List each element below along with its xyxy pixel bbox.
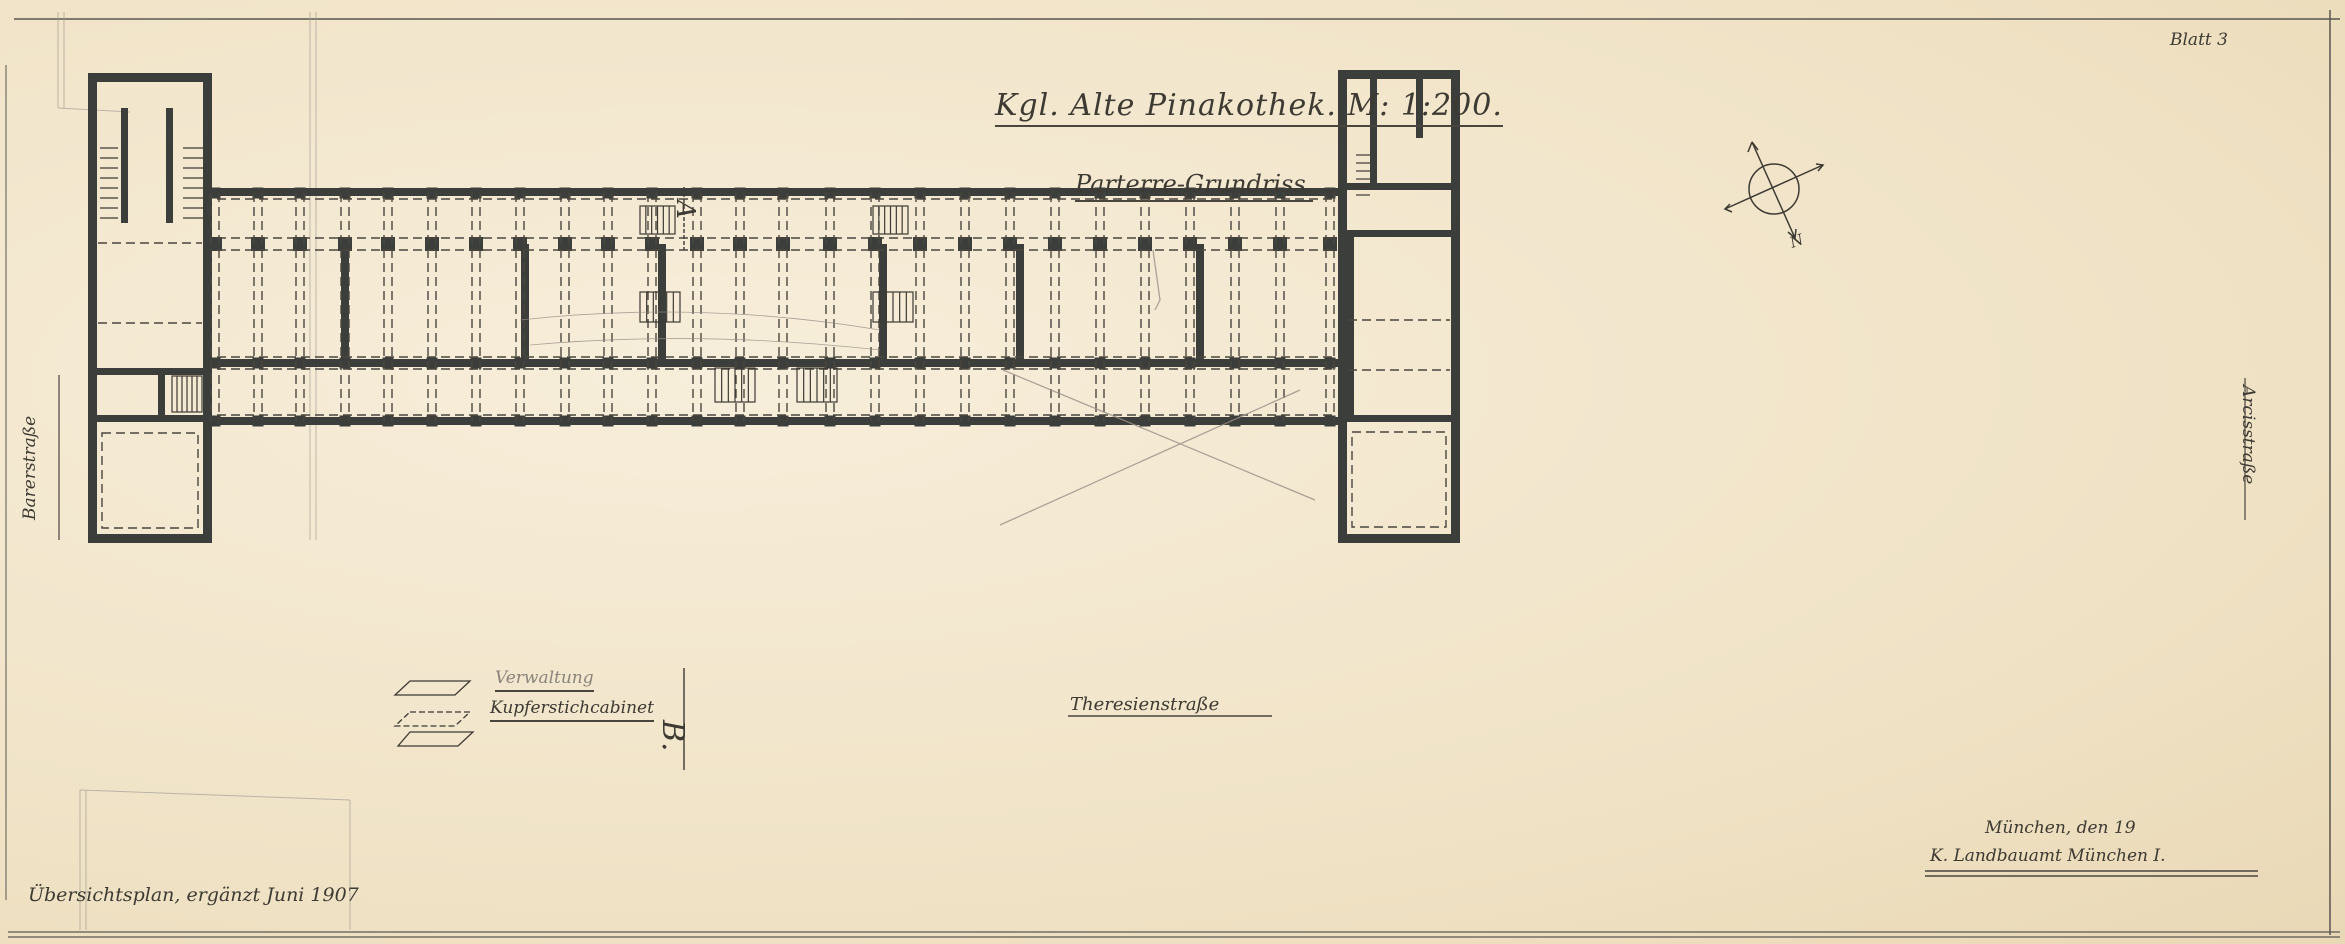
revision-note: Übersichtsplan, ergänzt Juni 1907 bbox=[28, 884, 359, 906]
legend-label-administration: Verwaltung bbox=[495, 668, 594, 692]
underlines bbox=[32, 375, 2260, 876]
section-marker-b: B. bbox=[655, 720, 690, 752]
sheet-border bbox=[6, 10, 2340, 937]
plan-sheet: Blatt 3 Kgl. Alte Pinakothek. M: 1:200. … bbox=[0, 0, 2345, 944]
street-label-left: Barerstraße bbox=[20, 416, 40, 520]
section-marker-a: A bbox=[670, 200, 700, 219]
pencil-marks bbox=[520, 250, 1315, 525]
floor-plan bbox=[88, 70, 1460, 543]
plan-title: Kgl. Alte Pinakothek. M: 1:200. bbox=[995, 88, 1503, 127]
date-line: München, den 19 bbox=[1985, 818, 2136, 838]
street-label-right: Arcisstraße bbox=[2238, 385, 2258, 484]
sheet-number: Blatt 3 bbox=[2170, 30, 2228, 50]
compass-rose bbox=[1725, 142, 1823, 238]
floor-plan-drawing bbox=[0, 0, 2345, 944]
legend-label-print-room: Kupferstichcabinet bbox=[490, 698, 654, 722]
plan-subtitle: Parterre-Grundriss. bbox=[1075, 170, 1313, 202]
street-label-bottom: Theresienstraße bbox=[1070, 694, 1219, 715]
office-stamp: K. Landbauamt München I. bbox=[1930, 846, 2166, 866]
legend-swatches bbox=[395, 681, 473, 746]
